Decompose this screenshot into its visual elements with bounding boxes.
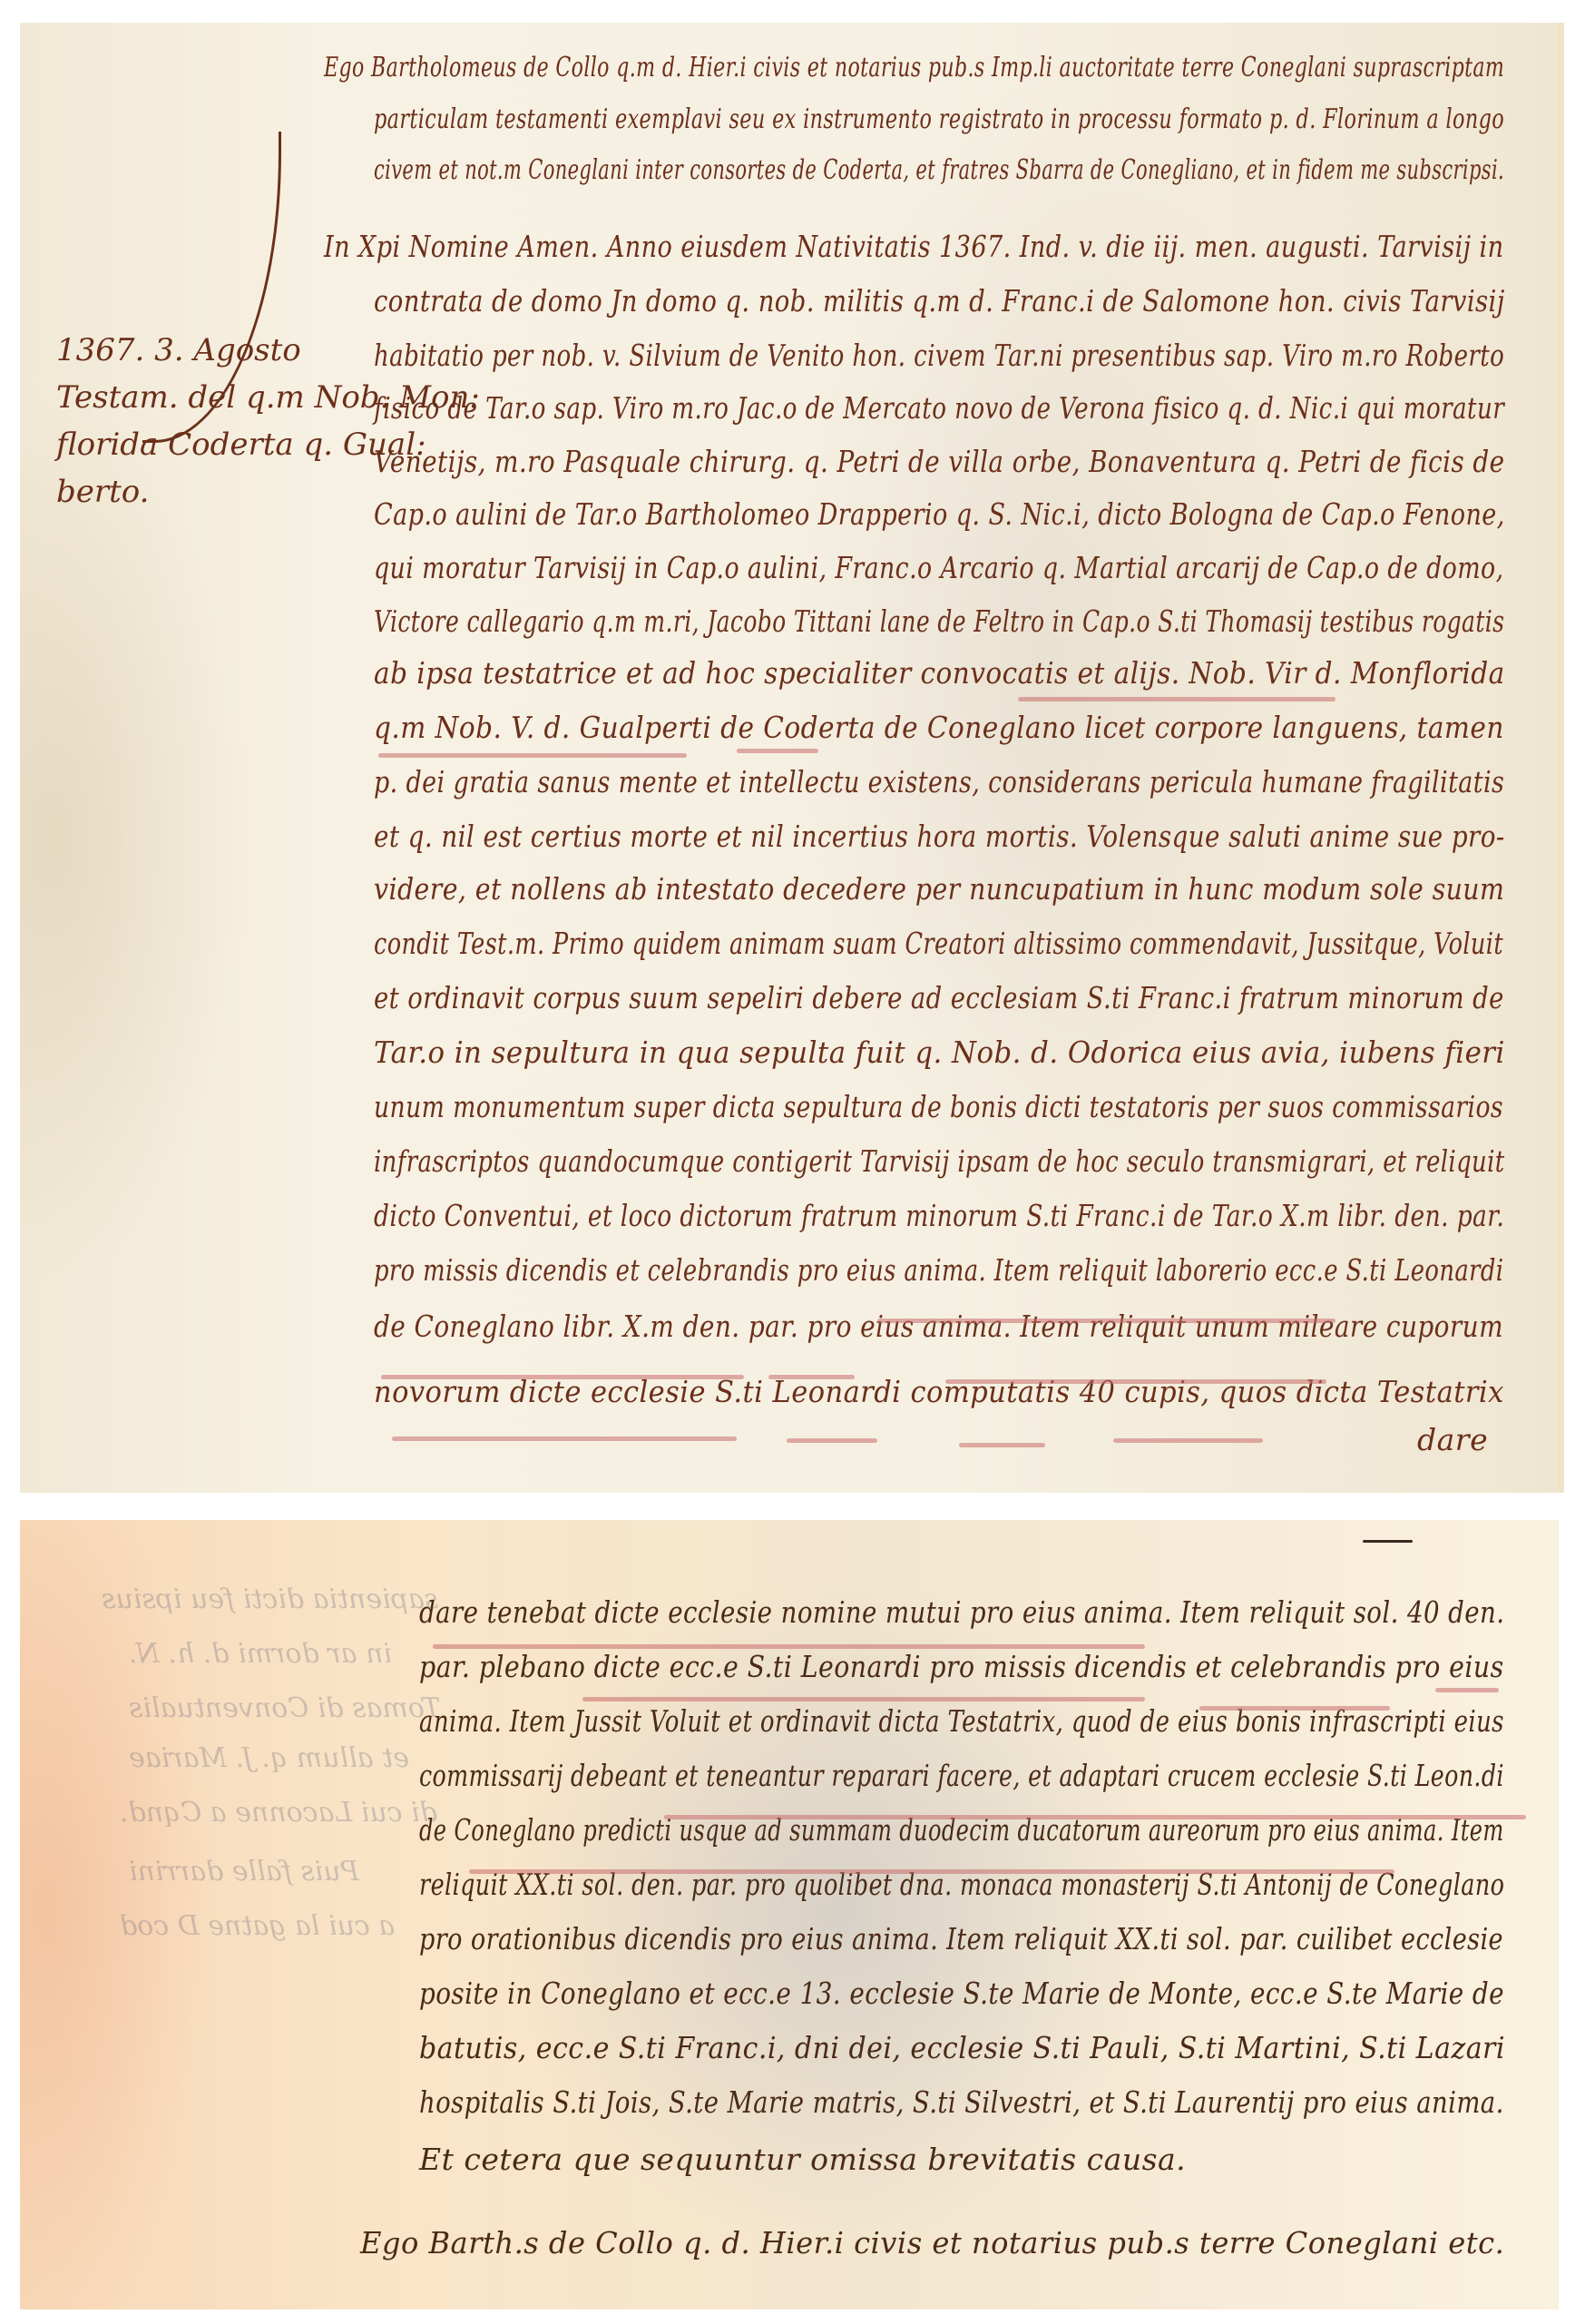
bleed-through-text: sapientia dicti feu ipsius: [102, 1584, 438, 1615]
manuscript-line: posite in Coneglano et ecc.e 13. ecclesi…: [419, 1978, 1504, 2008]
manuscript-line: Ego Barth.s de Collo q. d. Hier.i civis …: [360, 2228, 1504, 2258]
manuscript-line: contrata de domo Jn domo q. nob. militis…: [374, 286, 1505, 316]
manuscript-line: infrascriptos quandocumque contigerit Ta…: [374, 1146, 1505, 1176]
manuscript-line: batutis, ecc.e S.ti Franc.i, dni dei, ec…: [419, 2033, 1505, 2063]
manuscript-line: particulam testamenti exemplavi seu ex i…: [374, 106, 1504, 133]
manuscript-catchword: dare: [1417, 1425, 1488, 1455]
red-underline: [392, 1437, 737, 1441]
manuscript-line: Victore callegario q.m m.ri, Jacobo Titt…: [374, 606, 1504, 636]
red-underline: [1018, 697, 1336, 701]
manuscript-line: pro missis dicendis et celebrandis pro e…: [374, 1255, 1503, 1285]
manuscript-line: novorum dicte ecclesie S.ti Leonardi com…: [374, 1377, 1504, 1407]
bleed-through-text: Tomas di Conventualis: [129, 1692, 441, 1724]
manuscript-line: et q. nil est certius morte et nil incer…: [374, 821, 1505, 851]
manuscript-line: ab ipsa testatrice et ad hoc specialiter…: [374, 658, 1505, 688]
manuscript-line: unum monumentum super dicta sepultura de…: [374, 1092, 1503, 1122]
red-underline: [1113, 1438, 1263, 1443]
red-underline: [433, 1644, 1145, 1649]
manuscript-line: commissarij debeant et teneantur reparar…: [419, 1760, 1504, 1790]
manuscript-line: Ego Bartholomeus de Collo q.m d. Hier.i …: [324, 54, 1504, 82]
manuscript-line: condit Test.m. Primo quidem animam suam …: [374, 928, 1503, 958]
red-underline: [877, 1319, 1336, 1323]
bleed-through-text: a cui la gatne D cod: [120, 1910, 395, 1942]
bleed-through-text: di cui Laconne a Cqnd.: [120, 1797, 437, 1829]
manuscript-line: p. dei gratia sanus mente et intellectu …: [374, 767, 1504, 797]
line-filler-dash: [1363, 1540, 1413, 1543]
manuscript-line: de Coneglano libr. X.m den. par. pro eiu…: [374, 1311, 1503, 1341]
red-underline: [1435, 1688, 1499, 1692]
red-underline: [959, 1443, 1045, 1447]
red-underline: [664, 1815, 1526, 1819]
manuscript-line: qui moratur Tarvisij in Cap.o aulini, Fr…: [374, 553, 1504, 583]
manuscript-line: habitatio per nob. v. Silvium de Venito …: [374, 340, 1504, 370]
red-underline: [1199, 1706, 1390, 1711]
manuscript-line: Venetijs, m.ro Pasquale chirurg. q. Petr…: [374, 446, 1504, 476]
manuscript-line: hospitalis S.ti Jois, S.te Marie matris,…: [419, 2087, 1504, 2117]
manuscript-panel-bottom: sapientia dicti feu ipsius in ar dormi d…: [20, 1520, 1559, 2309]
manuscript-line: et ordinavit corpus suum sepeliri debere…: [374, 983, 1504, 1013]
red-underline: [582, 1697, 1145, 1701]
manuscript-line: dicto Conventui, et loco dictorum fratru…: [374, 1201, 1504, 1231]
bleed-through-text: Puis falle darrini: [129, 1856, 359, 1888]
manuscript-line: civem et not.m Coneglani inter consortes…: [374, 157, 1504, 184]
red-underline: [737, 749, 818, 753]
manuscript-line: par. plebano dicte ecc.e S.ti Leonardi p…: [419, 1652, 1504, 1682]
red-underline: [768, 1375, 855, 1379]
manuscript-line: Tar.o in sepultura in qua sepulta fuit q…: [374, 1037, 1505, 1067]
manuscript-line: videre, et nollens ab intestato decedere…: [374, 874, 1504, 904]
red-underline: [945, 1379, 1326, 1384]
manuscript-line: q.m Nob. V. d. Gualperti de Coderta de C…: [374, 712, 1504, 742]
bleed-through-text: in ar dormi d. h. N.: [129, 1638, 392, 1670]
manuscript-line: Cap.o aulini de Tar.o Bartholomeo Drappe…: [374, 499, 1505, 529]
red-underline: [787, 1438, 877, 1443]
manuscript-line: pro orationibus dicendis pro eius anima.…: [419, 1924, 1503, 1954]
red-underline: [469, 1869, 1394, 1874]
manuscript-panel-top: 1367. 3. Agosto Testam. del q.m Nob. Mon…: [20, 23, 1564, 1493]
red-underline: [378, 753, 687, 758]
bleed-through-text: et allum q. J. Mariae: [129, 1742, 409, 1774]
manuscript-line: dare tenebat dicte ecclesie nomine mutui…: [419, 1597, 1504, 1627]
manuscript-line: Et cetera que sequuntur omissa brevitati…: [419, 2144, 1186, 2174]
manuscript-line: fisico de Tar.o sap. Viro m.ro Jac.o de …: [374, 393, 1504, 423]
red-underline: [381, 1375, 744, 1379]
manuscript-line: In Xpi Nomine Amen. Anno eiusdem Nativit…: [324, 231, 1504, 261]
